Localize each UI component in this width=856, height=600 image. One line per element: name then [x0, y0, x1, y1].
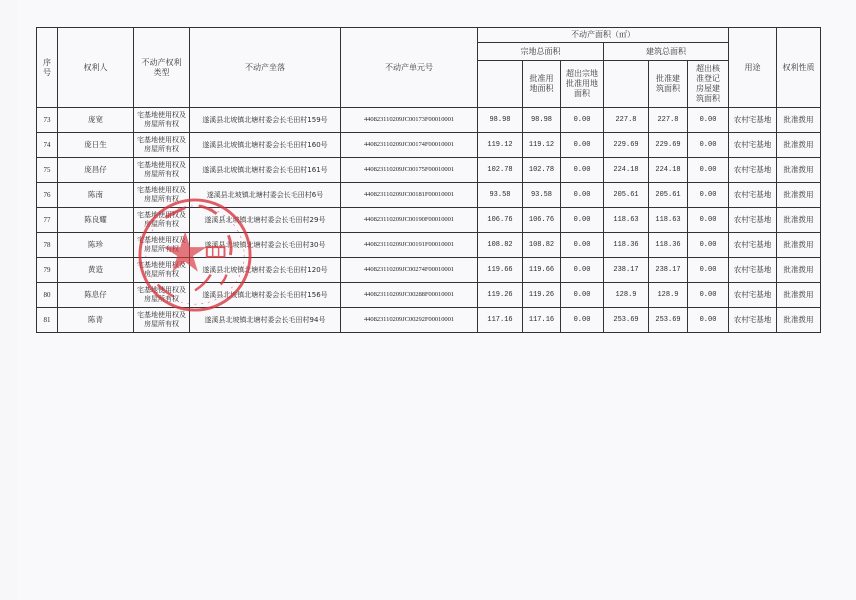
row-owner: 庞昌仔	[58, 158, 134, 183]
row-unit-no: 440823110209JC00181F00010001	[341, 183, 478, 208]
row-owner: 陈息仔	[58, 283, 134, 308]
row-usage: 农村宅基地	[729, 283, 777, 308]
table-row: 78陈珍宅基地使用权及房屋所有权遂溪县北坡镇北塘村委会长毛田村30号440823…	[37, 233, 821, 258]
row-land-excess: 0.00	[561, 108, 604, 133]
row-building-total: 224.18	[604, 158, 649, 183]
row-right-nature: 批准拨用	[777, 133, 821, 158]
row-land-approved: 106.76	[523, 208, 561, 233]
row-land-approved: 119.66	[523, 258, 561, 283]
row-building-excess: 0.00	[688, 283, 729, 308]
row-right-nature: 批准拨用	[777, 258, 821, 283]
table-row: 79黄造宅基地使用权及房屋所有权遂溪县北坡镇北塘村委会长毛田村120号44082…	[37, 258, 821, 283]
row-usage: 农村宅基地	[729, 183, 777, 208]
row-location: 遂溪县北坡镇北塘村委会长毛田村29号	[190, 208, 341, 233]
table-row: 73庞宽宅基地使用权及房屋所有权遂溪县北坡镇北塘村委会长毛田村159号44082…	[37, 108, 821, 133]
row-location: 遂溪县北坡镇北塘村委会长毛田村159号	[190, 108, 341, 133]
row-building-total: 205.61	[604, 183, 649, 208]
row-building-total: 128.9	[604, 283, 649, 308]
row-building-excess: 0.00	[688, 183, 729, 208]
row-land-approved: 108.82	[523, 233, 561, 258]
table-row: 81陈青宅基地使用权及房屋所有权遂溪县北坡镇北塘村委会长毛田村94号440823…	[37, 308, 821, 333]
row-usage: 农村宅基地	[729, 233, 777, 258]
row-unit-no: 440823110209JC00288F00010001	[341, 283, 478, 308]
row-land-excess: 0.00	[561, 283, 604, 308]
row-right-type: 宅基地使用权及房屋所有权	[134, 258, 190, 283]
row-building-approved: 238.17	[649, 258, 688, 283]
header-land-area-group: 宗地总面积	[478, 43, 604, 61]
row-right-nature: 批准拨用	[777, 308, 821, 333]
row-building-excess: 0.00	[688, 133, 729, 158]
row-seq: 77	[37, 208, 58, 233]
row-location: 遂溪县北坡镇北塘村委会长毛田村160号	[190, 133, 341, 158]
row-unit-no: 440823110209JC00175F00010001	[341, 158, 478, 183]
row-land-excess: 0.00	[561, 133, 604, 158]
row-land-total: 106.76	[478, 208, 523, 233]
row-building-approved: 118.36	[649, 233, 688, 258]
row-right-type: 宅基地使用权及房屋所有权	[134, 158, 190, 183]
row-usage: 农村宅基地	[729, 133, 777, 158]
row-land-total: 119.66	[478, 258, 523, 283]
row-land-excess: 0.00	[561, 308, 604, 333]
table-row: 76陈南宅基地使用权及房屋所有权遂溪县北坡镇北塘村委会长毛田村6号4408231…	[37, 183, 821, 208]
row-land-total: 119.12	[478, 133, 523, 158]
row-building-total: 229.69	[604, 133, 649, 158]
row-right-type: 宅基地使用权及房屋所有权	[134, 283, 190, 308]
row-land-total: 108.82	[478, 233, 523, 258]
row-land-approved: 119.26	[523, 283, 561, 308]
row-land-excess: 0.00	[561, 258, 604, 283]
row-building-approved: 227.8	[649, 108, 688, 133]
row-building-excess: 0.00	[688, 208, 729, 233]
row-unit-no: 440823110209JC00191F00010001	[341, 233, 478, 258]
row-building-total: 253.69	[604, 308, 649, 333]
property-register-table: 序号 权利人 不动产权利类型 不动产坐落 不动产单元号 不动产面积（㎡） 用途 …	[36, 27, 821, 333]
header-building-approved: 批准建筑面积	[649, 61, 688, 108]
row-right-type: 宅基地使用权及房屋所有权	[134, 233, 190, 258]
header-owner: 权利人	[58, 28, 134, 108]
row-owner: 庞宽	[58, 108, 134, 133]
header-area-group: 不动产面积（㎡）	[478, 28, 729, 43]
row-seq: 79	[37, 258, 58, 283]
row-seq: 74	[37, 133, 58, 158]
row-land-approved: 93.58	[523, 183, 561, 208]
row-right-type: 宅基地使用权及房屋所有权	[134, 308, 190, 333]
row-right-type: 宅基地使用权及房屋所有权	[134, 108, 190, 133]
row-unit-no: 440823110209JC00174F00010001	[341, 133, 478, 158]
row-building-approved: 253.69	[649, 308, 688, 333]
header-building-area-group: 建筑总面积	[604, 43, 729, 61]
row-building-excess: 0.00	[688, 108, 729, 133]
row-owner: 陈青	[58, 308, 134, 333]
row-unit-no: 440823110209JC00274F00010001	[341, 258, 478, 283]
row-land-total: 117.16	[478, 308, 523, 333]
row-building-excess: 0.00	[688, 233, 729, 258]
row-owner: 庞日生	[58, 133, 134, 158]
row-building-approved: 205.61	[649, 183, 688, 208]
row-unit-no: 440823110209JC00190F00010001	[341, 208, 478, 233]
row-location: 遂溪县北坡镇北塘村委会长毛田村30号	[190, 233, 341, 258]
row-usage: 农村宅基地	[729, 258, 777, 283]
row-right-nature: 批准拨用	[777, 208, 821, 233]
header-land-excess: 超出宗地批准用地面积	[561, 61, 604, 108]
row-building-total: 118.63	[604, 208, 649, 233]
row-land-total: 98.98	[478, 108, 523, 133]
row-right-nature: 批准拨用	[777, 233, 821, 258]
row-land-approved: 119.12	[523, 133, 561, 158]
row-usage: 农村宅基地	[729, 208, 777, 233]
row-land-excess: 0.00	[561, 233, 604, 258]
row-building-approved: 224.18	[649, 158, 688, 183]
row-land-total: 93.58	[478, 183, 523, 208]
table-row: 77陈良耀宅基地使用权及房屋所有权遂溪县北坡镇北塘村委会长毛田村29号44082…	[37, 208, 821, 233]
row-seq: 75	[37, 158, 58, 183]
row-seq: 78	[37, 233, 58, 258]
row-land-total: 119.26	[478, 283, 523, 308]
row-building-approved: 128.9	[649, 283, 688, 308]
row-land-excess: 0.00	[561, 208, 604, 233]
row-location: 遂溪县北坡镇北塘村委会长毛田村161号	[190, 158, 341, 183]
row-building-total: 227.8	[604, 108, 649, 133]
row-owner: 陈珍	[58, 233, 134, 258]
row-building-approved: 229.69	[649, 133, 688, 158]
row-location: 遂溪县北坡镇北塘村委会长毛田村6号	[190, 183, 341, 208]
header-right-type: 不动产权利类型	[134, 28, 190, 108]
row-location: 遂溪县北坡镇北塘村委会长毛田村94号	[190, 308, 341, 333]
row-right-nature: 批准拨用	[777, 283, 821, 308]
row-seq: 76	[37, 183, 58, 208]
header-building-total	[604, 61, 649, 108]
row-right-nature: 批准拨用	[777, 158, 821, 183]
row-usage: 农村宅基地	[729, 108, 777, 133]
header-usage: 用途	[729, 28, 777, 108]
row-owner: 陈南	[58, 183, 134, 208]
table-body: 73庞宽宅基地使用权及房屋所有权遂溪县北坡镇北塘村委会长毛田村159号44082…	[37, 108, 821, 333]
row-right-type: 宅基地使用权及房屋所有权	[134, 133, 190, 158]
row-land-total: 102.78	[478, 158, 523, 183]
row-land-approved: 98.98	[523, 108, 561, 133]
row-unit-no: 440823110209JC00292F00010001	[341, 308, 478, 333]
row-building-excess: 0.00	[688, 158, 729, 183]
row-land-approved: 117.16	[523, 308, 561, 333]
row-building-excess: 0.00	[688, 308, 729, 333]
header-land-approved: 批准用地面积	[523, 61, 561, 108]
row-land-approved: 102.78	[523, 158, 561, 183]
header-unit-no: 不动产单元号	[341, 28, 478, 108]
header-building-excess: 超出核准登记房屋建筑面积	[688, 61, 729, 108]
row-seq: 73	[37, 108, 58, 133]
row-building-approved: 118.63	[649, 208, 688, 233]
row-building-total: 238.17	[604, 258, 649, 283]
table-row: 74庞日生宅基地使用权及房屋所有权遂溪县北坡镇北塘村委会长毛田村160号4408…	[37, 133, 821, 158]
row-owner: 黄造	[58, 258, 134, 283]
row-building-total: 118.36	[604, 233, 649, 258]
row-building-excess: 0.00	[688, 258, 729, 283]
row-usage: 农村宅基地	[729, 158, 777, 183]
row-usage: 农村宅基地	[729, 308, 777, 333]
row-right-nature: 批准拨用	[777, 183, 821, 208]
row-land-excess: 0.00	[561, 183, 604, 208]
table-row: 75庞昌仔宅基地使用权及房屋所有权遂溪县北坡镇北塘村委会长毛田村161号4408…	[37, 158, 821, 183]
row-unit-no: 440823110209JC00173F00010001	[341, 108, 478, 133]
header-land-total	[478, 61, 523, 108]
row-right-type: 宅基地使用权及房屋所有权	[134, 183, 190, 208]
row-seq: 81	[37, 308, 58, 333]
header-seq: 序号	[37, 28, 58, 108]
row-location: 遂溪县北坡镇北塘村委会长毛田村120号	[190, 258, 341, 283]
row-seq: 80	[37, 283, 58, 308]
row-right-nature: 批准拨用	[777, 108, 821, 133]
header-location: 不动产坐落	[190, 28, 341, 108]
row-right-type: 宅基地使用权及房屋所有权	[134, 208, 190, 233]
header-right-nature: 权利性质	[777, 28, 821, 108]
row-owner: 陈良耀	[58, 208, 134, 233]
row-location: 遂溪县北坡镇北塘村委会长毛田村156号	[190, 283, 341, 308]
row-land-excess: 0.00	[561, 158, 604, 183]
table-row: 80陈息仔宅基地使用权及房屋所有权遂溪县北坡镇北塘村委会长毛田村156号4408…	[37, 283, 821, 308]
